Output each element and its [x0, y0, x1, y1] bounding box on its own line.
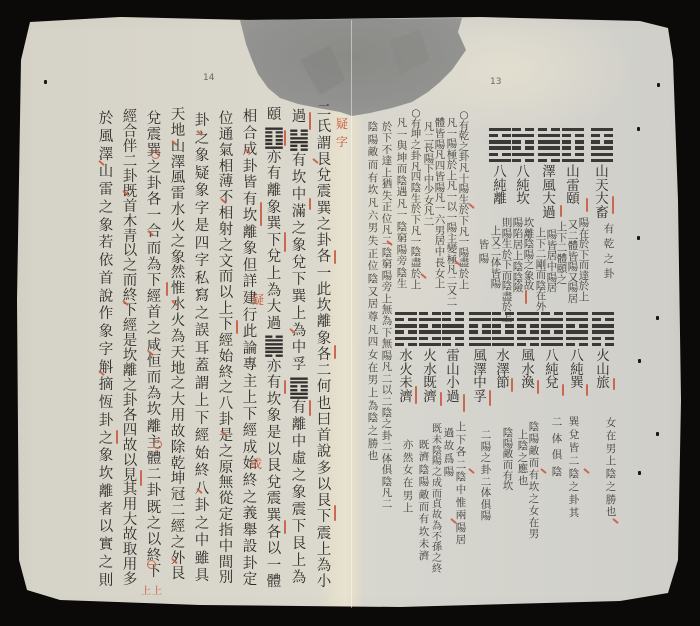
hexagram-note: 上下各二陰中惟兩陽居 — [455, 422, 467, 546]
glyph: 陽 — [456, 523, 467, 534]
text-column: 經合伴二卦既首木青以之而終下經是坎離之卦各四故以見其用大故取用多 — [120, 110, 140, 588]
glyph: 之 — [219, 239, 234, 254]
glyph: 上 — [267, 267, 282, 282]
glyph: 渙 — [521, 377, 535, 391]
yang-line — [538, 153, 560, 156]
glyph: 陰 — [397, 268, 408, 279]
yang-line — [538, 146, 560, 149]
red-mark — [463, 394, 465, 412]
glyph: 陰 — [513, 262, 524, 273]
glyph: 陰 — [397, 222, 408, 233]
glyph: 過 — [444, 428, 455, 439]
glyph: 而 — [579, 260, 590, 271]
glyph: 之 — [195, 307, 210, 322]
glyph: 陰 — [518, 441, 529, 452]
glyph: 陽 — [444, 467, 455, 478]
glyph: 象 — [99, 325, 114, 340]
glyph: 下 — [424, 164, 435, 175]
glyph: 而 — [219, 270, 234, 285]
glyph: 陽 — [447, 223, 458, 234]
yin-line — [592, 318, 614, 321]
glyph: 居 — [368, 299, 379, 310]
hexagram-lines — [538, 128, 560, 162]
hexagram-label: 水澤節 — [496, 350, 510, 391]
glyph: 有 — [267, 376, 282, 391]
glyph: 凡 — [424, 206, 435, 217]
glyph: 艮 — [267, 459, 282, 474]
hexagram-lines — [469, 312, 491, 346]
glyph: 之 — [99, 556, 114, 571]
glyph: 少 — [424, 185, 435, 196]
glyph: 下 — [317, 510, 332, 525]
glyph: 坎 — [524, 218, 535, 229]
glyph: 首 — [123, 200, 138, 215]
glyph: 首 — [317, 429, 332, 444]
glyph: 蓋 — [195, 359, 210, 374]
glyph: 耳 — [195, 342, 210, 357]
glyph: 孚 — [292, 358, 307, 373]
glyph: 坤 — [397, 153, 408, 164]
yang-line — [566, 318, 588, 321]
glyph: 體 — [267, 575, 282, 590]
hexagram-da-guo: 澤風大過 — [537, 128, 561, 220]
glyph: 凡 — [368, 325, 379, 336]
glyph: 節 — [496, 377, 510, 391]
glyph: 有 — [292, 401, 307, 416]
yin-line — [489, 134, 511, 137]
glyph: 有 — [267, 167, 282, 182]
glyph: 上 — [459, 280, 470, 291]
glyph: 通 — [219, 128, 234, 143]
glyph: 陷 — [513, 229, 524, 240]
glyph: 上 — [579, 292, 590, 303]
glyph: 巽 — [569, 417, 580, 428]
glyph: 艮 — [317, 153, 332, 168]
glyph: 凡 — [382, 225, 393, 236]
glyph: 女 — [606, 418, 617, 429]
glyph: 除 — [171, 441, 186, 456]
glyph: 象 — [267, 409, 282, 424]
hexagram-note: 女在男上陰之勝也 — [605, 418, 617, 518]
hexagram-label: 風水渙 — [521, 350, 535, 391]
glyph: 一 — [317, 267, 332, 282]
hexagram-glyph: ䷼ — [288, 375, 310, 399]
glyph: 終 — [243, 474, 258, 489]
glyph: 巽 — [317, 202, 332, 217]
glyph: 下 — [147, 274, 162, 289]
glyph: 若 — [99, 236, 114, 251]
hexagram-note: 陽皆居中陽居 — [546, 230, 558, 294]
hexagram-lu: 火山旅 — [591, 312, 615, 391]
glyph: 間 — [219, 556, 234, 571]
hexagram-note: 坎離陰陽之象故 — [523, 218, 535, 292]
glyph: 以 — [147, 533, 162, 548]
glyph: 居 — [568, 294, 579, 305]
glyph: 二 — [456, 460, 467, 471]
yang-line — [566, 330, 588, 333]
glyph: 上 — [606, 456, 617, 467]
glyph: 陰 — [397, 176, 408, 187]
hexagram-note: 二陽之卦二体俱陽 — [480, 430, 492, 522]
glyph: 曰 — [317, 413, 332, 428]
hexagram-lines — [541, 312, 563, 346]
glyph: 故 — [171, 425, 186, 440]
glyph: 皆 — [243, 176, 258, 191]
glyph: 居 — [547, 283, 558, 294]
yang-line — [538, 134, 560, 137]
glyph: 陰 — [382, 408, 393, 419]
red-mark — [116, 430, 118, 444]
glyph: 之 — [147, 322, 162, 337]
glyph: 經 — [123, 319, 138, 334]
glyph: 為 — [292, 571, 307, 586]
glyph: 旅 — [596, 377, 610, 391]
hexagram-ji-ji: 火水既濟 — [418, 312, 442, 404]
glyph: 凡 — [411, 226, 422, 237]
glyph: 滿 — [292, 205, 307, 220]
red-mark — [309, 400, 311, 416]
red-mark — [511, 378, 513, 392]
red-mark — [166, 282, 168, 296]
yin-line — [442, 343, 464, 346]
glyph: 一 — [147, 209, 162, 224]
yang-line — [562, 159, 584, 162]
glyph: 故 — [123, 528, 138, 543]
glyph: 疑 — [195, 167, 210, 182]
glyph: 兌 — [545, 377, 559, 391]
manuscript-scan: 14 13 二氏謂艮兌震巽之卦各一此坎離象各二何也曰首說多以艮下震上為小 過䷽有… — [0, 0, 700, 626]
hexagram-note: 有乾之卦 — [603, 224, 615, 280]
glyph: 俱 — [481, 500, 492, 511]
glyph: 小 — [317, 575, 332, 590]
glyph: 而 — [147, 371, 162, 386]
red-mark — [284, 520, 286, 534]
yang-line — [512, 153, 534, 156]
glyph: 定 — [243, 573, 258, 588]
glyph: 虛 — [292, 452, 307, 467]
yin-line — [492, 312, 514, 315]
glyph: 以 — [123, 454, 138, 469]
glyph: 經 — [147, 290, 162, 305]
glyph: 女 — [403, 465, 414, 476]
glyph: 相 — [243, 110, 258, 125]
glyph: 也 — [518, 476, 529, 487]
glyph: 故 — [444, 441, 455, 452]
glyph: 以 — [99, 520, 114, 535]
hexagram-note: 上陰之應也 — [517, 430, 529, 486]
yang-line — [541, 337, 563, 340]
glyph: 坎 — [123, 349, 138, 364]
glyph: 疑 — [252, 294, 264, 306]
yin-line — [592, 343, 614, 346]
yang-line — [541, 324, 563, 327]
glyph: 象 — [267, 201, 282, 216]
binding-hole — [637, 236, 640, 240]
glyph: 坎 — [503, 481, 514, 492]
glyph: 坤 — [171, 472, 186, 487]
glyph: 二 — [424, 217, 435, 228]
glyph: 巽 — [267, 217, 282, 232]
glyph: 四 — [368, 337, 379, 348]
glyph: 正 — [368, 249, 379, 260]
glyph: 在 — [403, 478, 414, 489]
glyph: 為 — [267, 284, 282, 299]
glyph: 論 — [243, 342, 258, 357]
hexagram-note: 巽兌皆二陰之卦其 — [568, 417, 580, 519]
yang-line — [489, 146, 511, 149]
glyph: 中 — [292, 435, 307, 450]
glyph: 勝 — [368, 439, 379, 450]
yang-line — [591, 153, 613, 156]
yang-line — [566, 312, 588, 315]
glyph: 之 — [243, 491, 258, 506]
glyph: 下 — [502, 260, 513, 271]
yin-line — [492, 324, 514, 327]
red-mark — [525, 290, 527, 304]
glyph: 坎 — [529, 482, 540, 493]
glyph: 凡 — [447, 181, 458, 192]
glyph: 舉 — [243, 524, 258, 539]
glyph: 之 — [382, 419, 393, 430]
glyph: 又 — [447, 286, 458, 297]
glyph: 地 — [171, 362, 186, 377]
red-annotation: 上上 — [141, 582, 163, 597]
glyph: 險 — [513, 283, 524, 294]
glyph: 震 — [267, 492, 282, 507]
glyph: 薄 — [219, 175, 234, 190]
hexagram-da-xu: 山天大畜 — [590, 128, 614, 220]
glyph: 天 — [171, 108, 186, 123]
glyph: 為 — [147, 387, 162, 402]
glyph: 尊 — [368, 312, 379, 323]
glyph: 其 — [123, 483, 138, 498]
glyph: 坎 — [147, 403, 162, 418]
yin-line — [442, 318, 464, 321]
hexagram-huan: 風水渙 — [516, 312, 540, 391]
yin-line — [566, 324, 588, 327]
glyph: 山 — [99, 165, 114, 180]
glyph: 皆 — [569, 443, 580, 454]
glyph: 震 — [317, 185, 332, 200]
glyph: 凡 — [397, 118, 408, 129]
yang-line — [591, 128, 613, 131]
glyph: 陽 — [432, 457, 442, 467]
glyph: 象 — [195, 184, 210, 199]
glyph: 以 — [219, 286, 234, 301]
glyph: 凡 — [397, 199, 408, 210]
glyph: 以 — [267, 443, 282, 458]
glyph: 之 — [171, 536, 186, 551]
glyph: 寫 — [195, 289, 210, 304]
glyph: 恆 — [99, 396, 114, 411]
glyph: 濟 — [419, 551, 430, 562]
glyph: 之 — [368, 426, 379, 437]
glyph: 然 — [171, 266, 186, 281]
glyph: 巽 — [267, 509, 282, 524]
yang-line — [395, 337, 417, 340]
glyph: 各 — [267, 526, 282, 541]
glyph: 凡 — [368, 198, 379, 209]
glyph: 之 — [147, 161, 162, 176]
glyph: 巽 — [292, 290, 307, 305]
glyph: 上 — [382, 294, 393, 305]
glyph: 見 — [123, 469, 138, 484]
glyph: 乾 — [604, 239, 615, 250]
red-mark — [562, 384, 564, 396]
hexagram-glyph: ䷽ — [288, 127, 310, 151]
glyph: 具 — [195, 569, 210, 584]
yin-line — [512, 140, 534, 143]
yin-line — [566, 343, 588, 346]
glyph: 俱 — [552, 450, 563, 461]
hexagram-note: 陰陽敵而有坎 — [502, 428, 514, 492]
glyph: 之 — [219, 381, 234, 396]
glyph: 於 — [579, 239, 590, 250]
glyph: 卦 — [123, 394, 138, 409]
glyph: 外 — [536, 302, 547, 313]
glyph: 誤 — [195, 324, 210, 339]
yang-line — [541, 343, 563, 346]
glyph: 而 — [147, 242, 162, 257]
glyph: 卦 — [123, 170, 138, 185]
yang-line — [541, 318, 563, 321]
glyph: 用 — [171, 409, 186, 424]
glyph: 二 — [536, 249, 547, 260]
red-mark — [334, 345, 336, 359]
hexagram-xiao-guo: 雷山小過 — [441, 312, 465, 404]
glyph: 陰 — [502, 281, 513, 292]
glyph: 陽 — [382, 271, 393, 282]
glyph: 謂 — [195, 377, 210, 392]
yin-line — [489, 153, 511, 156]
glyph: 卦 — [317, 234, 332, 249]
yin-line — [541, 312, 563, 315]
glyph: 上 — [317, 543, 332, 558]
red-mark — [560, 205, 562, 217]
glyph: 兌 — [292, 256, 307, 271]
glyph: 皆 — [435, 129, 446, 140]
glyph: 震 — [292, 503, 307, 518]
glyph: 說 — [317, 445, 332, 460]
glyph: 之 — [99, 201, 114, 216]
glyph: 設 — [243, 540, 258, 555]
glyph: 陽 — [579, 218, 590, 229]
glyph: 離 — [292, 418, 307, 433]
glyph: 坎 — [243, 209, 258, 224]
glyph: 陰 — [606, 469, 617, 480]
glyph: 二 — [447, 297, 458, 308]
glyph: 首 — [99, 272, 114, 287]
glyph: 既 — [419, 440, 430, 451]
glyph: 原 — [219, 461, 234, 476]
glyph: 在 — [368, 363, 379, 374]
glyph: 居 — [456, 535, 467, 546]
hexagram-lines — [419, 312, 441, 346]
yang-line — [489, 159, 511, 162]
glyph: 經 — [219, 334, 234, 349]
glyph: 凡 — [382, 488, 393, 499]
glyph: 敵 — [529, 446, 540, 457]
glyph: 陽 — [481, 442, 492, 453]
commentary-column: 陰陽敵而有坎凡六男失正位陰又居尊凡四女在男上為陰之勝也 — [367, 122, 379, 462]
glyph: 猶 — [382, 179, 393, 190]
glyph: 謂 — [317, 137, 332, 152]
glyph: 長 — [424, 143, 435, 154]
glyph: 亦 — [403, 440, 414, 451]
hexagram-yi: 山雷頤 — [561, 128, 585, 207]
glyph: 而 — [529, 458, 540, 469]
glyph: 敵 — [419, 490, 430, 501]
glyph: 孫 — [432, 543, 442, 553]
yin-line — [512, 146, 534, 149]
glyph: 兌 — [147, 112, 162, 127]
glyph: 上 — [292, 307, 307, 322]
red-mark — [415, 386, 417, 404]
glyph: 象 — [317, 332, 332, 347]
glyph: 陽 — [568, 262, 579, 273]
glyph: 乾 — [171, 457, 186, 472]
yin-line — [562, 146, 584, 149]
hexagram-note: 又二體皆陽又陽居 — [567, 220, 579, 300]
binding-hole — [637, 127, 640, 131]
glyph: 陰 — [411, 183, 422, 194]
glyph: 陰 — [419, 465, 430, 476]
hexagram-label: 雷山小過 — [446, 350, 460, 404]
glyph: 坎 — [99, 467, 114, 482]
hexagram-label: 澤風大過 — [542, 166, 556, 220]
glyph: 二 — [569, 456, 580, 467]
yang-line — [492, 343, 514, 346]
glyph: 在 — [606, 431, 617, 442]
glyph: 坎 — [419, 527, 430, 538]
glyph: 故 — [432, 511, 442, 521]
glyph: 男 — [529, 529, 540, 540]
glyph: 作 — [99, 307, 114, 322]
yin-line — [538, 128, 560, 131]
glyph: 艮 — [292, 537, 307, 552]
text-column: 卦之象疑象字是四字私寫之誤耳蓋謂上下經始終八卦之中雖具 — [192, 114, 212, 584]
red-mark — [309, 112, 311, 130]
glyph: 風 — [171, 171, 186, 186]
glyph: 為 — [432, 522, 442, 532]
glyph: 下 — [195, 412, 210, 427]
glyph: 之 — [604, 254, 615, 265]
yin-line — [512, 159, 534, 162]
glyph: 各 — [317, 348, 332, 363]
hexagram-label: 八純兌 — [545, 350, 559, 391]
glyph: 之 — [292, 222, 307, 237]
glyph: 下 — [459, 216, 470, 227]
binding-hole — [657, 83, 660, 87]
glyph: ○ — [411, 108, 420, 119]
glyph: 於 — [382, 122, 393, 133]
glyph: 象 — [243, 242, 258, 257]
glyph: 過 — [542, 207, 556, 221]
glyph: 有 — [419, 514, 430, 525]
glyph: 有 — [243, 193, 258, 208]
yin-line — [419, 337, 441, 340]
glyph: 一 — [267, 559, 282, 574]
glyph: 位 — [382, 214, 393, 225]
red-mark — [489, 390, 491, 406]
glyph: 頤 — [557, 264, 568, 275]
hexagram-note: 則陽生於下而陰盡於上 — [501, 218, 513, 322]
glyph: 二 — [171, 504, 186, 519]
glyph: 各 — [147, 193, 162, 208]
glyph: 体 — [481, 488, 492, 499]
glyph: 火 — [171, 314, 186, 329]
yang-line — [566, 337, 588, 340]
